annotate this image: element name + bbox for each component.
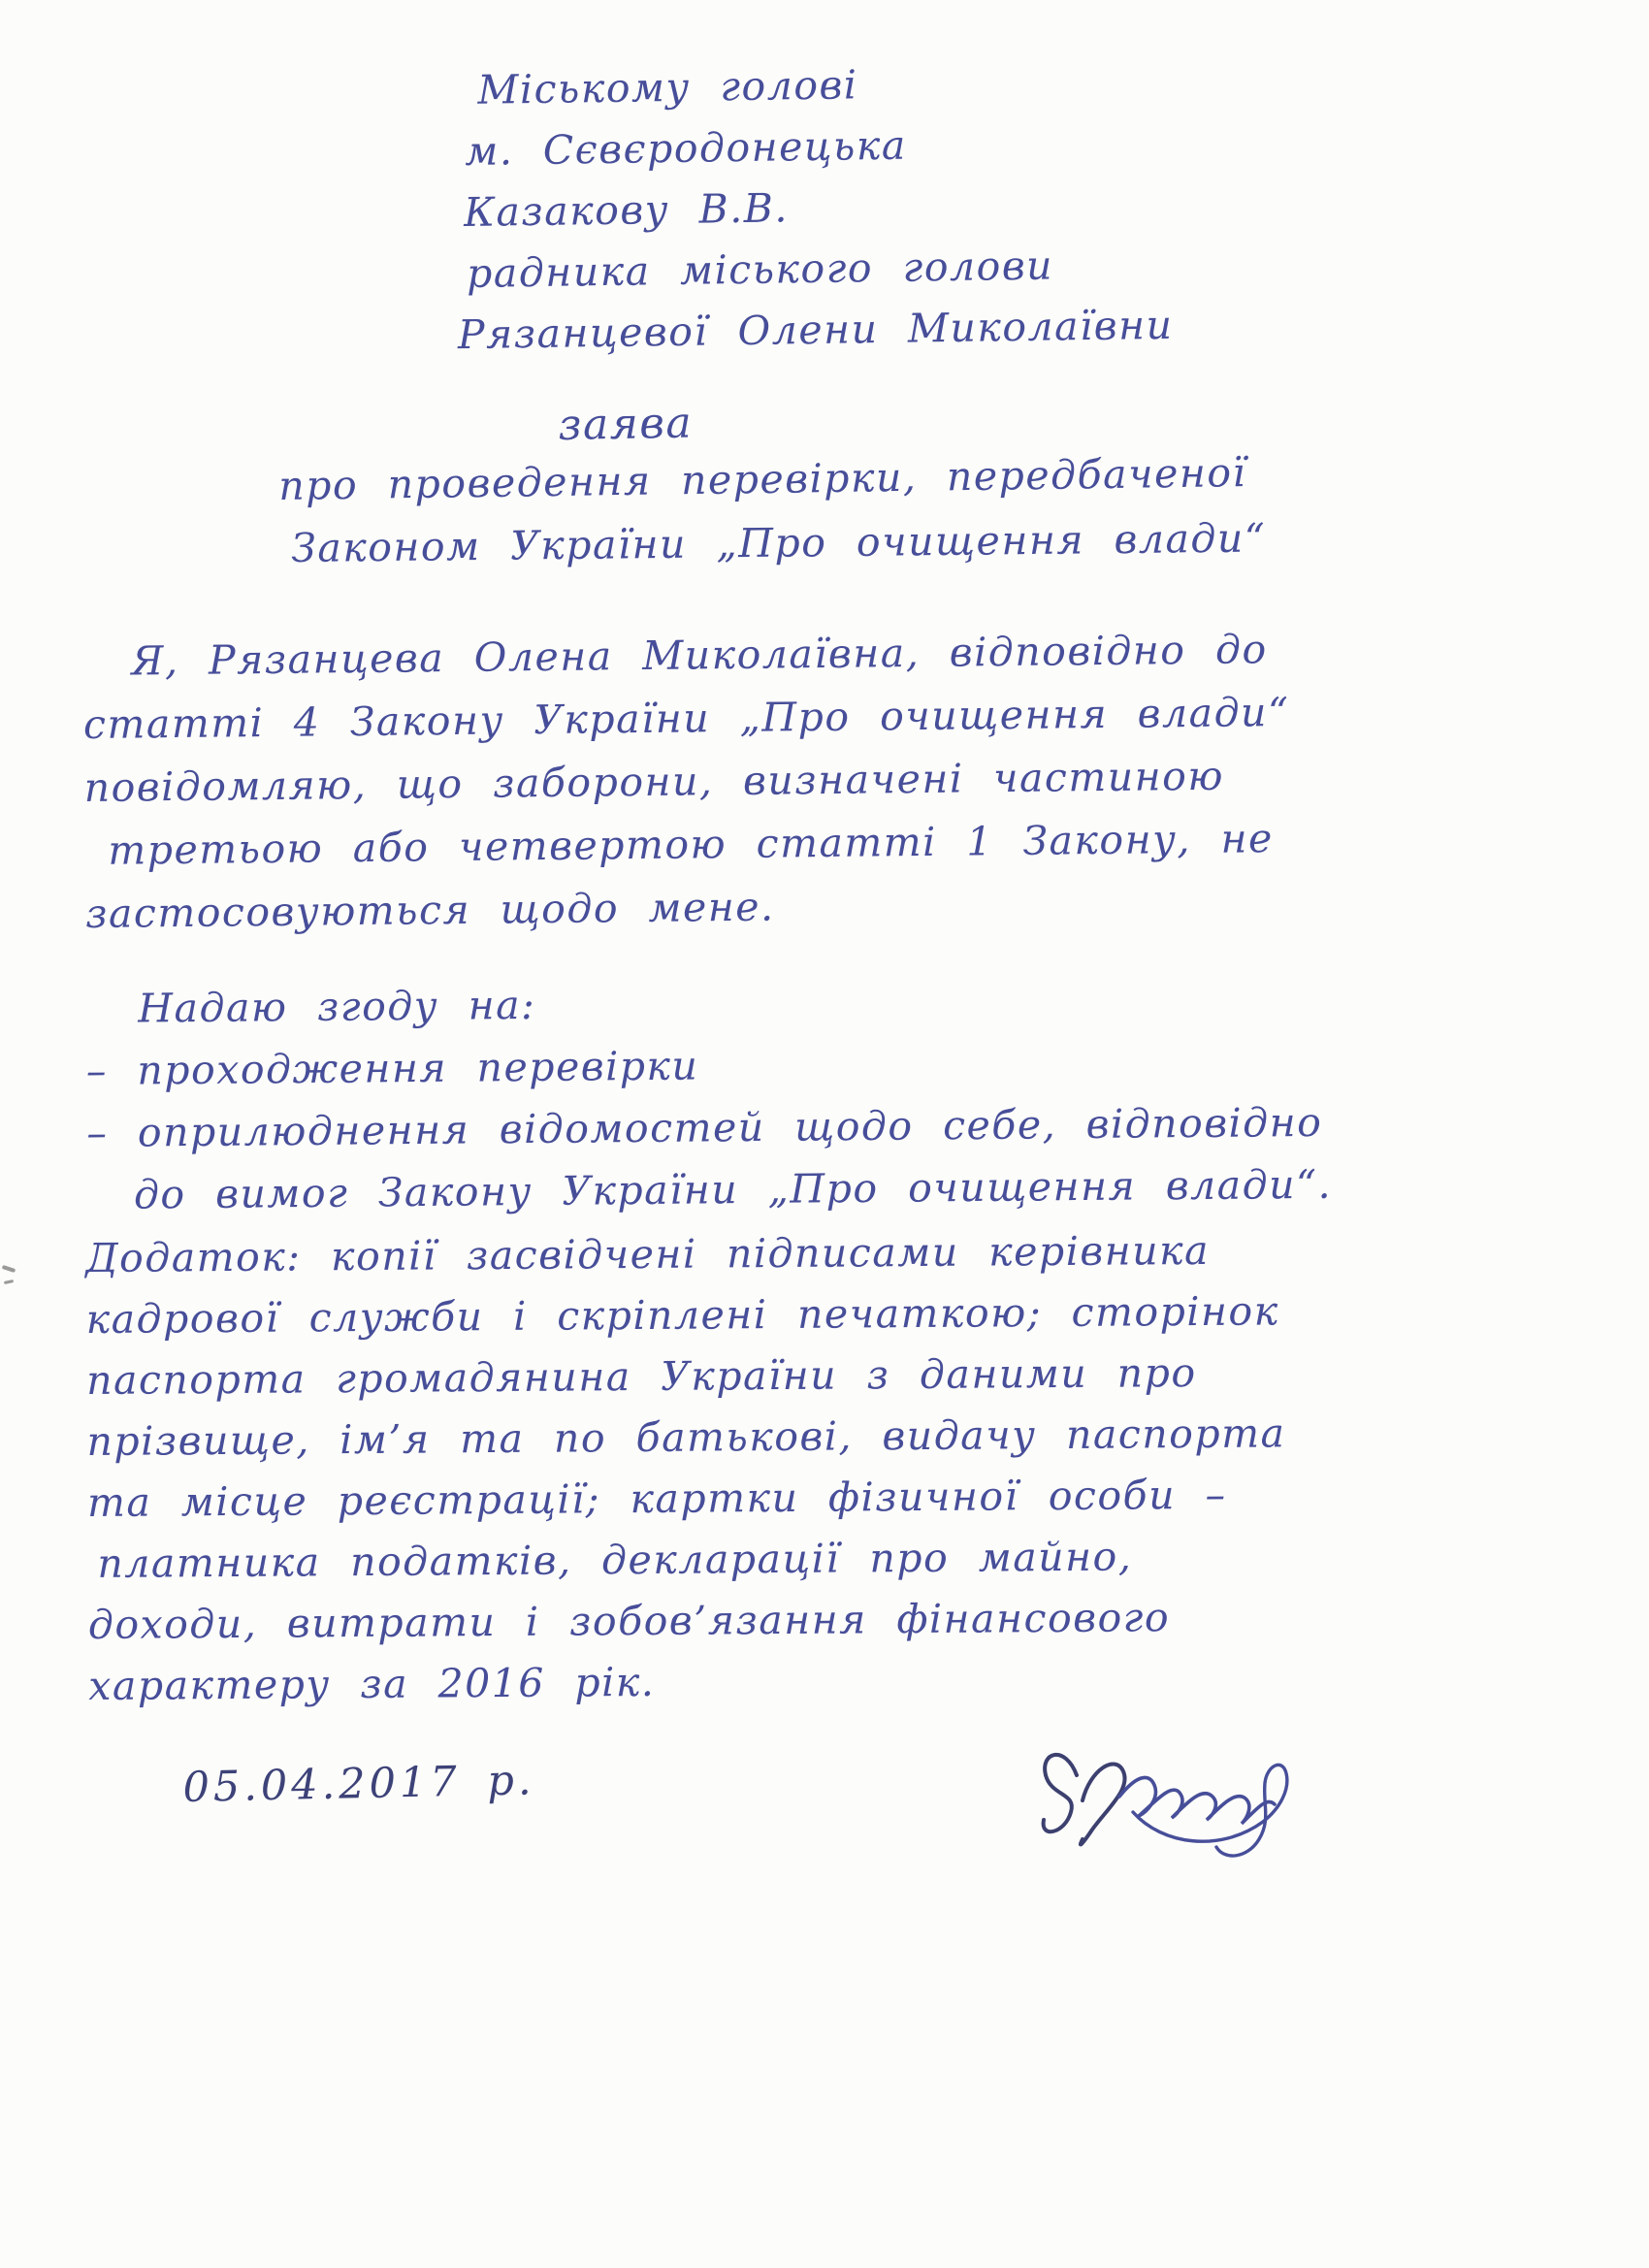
document-title: заява [558, 399, 694, 450]
attachment-line: та місце реєстрації; картки фізичної осо… [87, 1464, 1286, 1534]
statement-line: застосовуються щодо мене. [85, 870, 1292, 946]
attachment-line: Додаток: копії засвідчені підписами кері… [85, 1219, 1284, 1289]
recipient-line: Міському голові [477, 50, 1170, 121]
attachment-paragraph: Додаток: копії засвідчені підписами кері… [85, 1219, 1287, 1717]
consent-heading: Надаю згоду на: [138, 967, 1331, 1040]
recipient-line: Казакову В.В. [464, 173, 1172, 243]
document-subject-line: Законом України „Про очищення влади“ [291, 514, 1266, 571]
consent-list-item: – проходження перевірки [86, 1029, 1332, 1102]
attachment-line: платника податків, декларації про майно, [97, 1525, 1286, 1595]
document-subject-line: про проведення перевірки, передбаченої [278, 449, 1246, 509]
scan-speck [2, 1265, 16, 1273]
attachment-line: паспорта громадянина України з даними пр… [86, 1342, 1285, 1411]
attachment-line: доходи, витрати і зобов’язання фінансово… [88, 1586, 1287, 1656]
attachment-line: характеру за 2016 рік. [88, 1647, 1287, 1717]
signature-scribble [1026, 1715, 1346, 1870]
attachment-line: кадрової служби і скріплені печаткою; ст… [85, 1280, 1284, 1350]
consent-list-item: – оприлюднення відомостей щодо себе, від… [86, 1091, 1332, 1164]
scanned-document-page: Міському голові м. Сєвєродонецька Казако… [0, 0, 1649, 2268]
scan-speck [4, 1280, 14, 1284]
recipient-line: Рязанцевої Олени Миколаївни [458, 295, 1174, 366]
consent-list-item-continuation: до вимог Закону України „Про очищення вл… [134, 1153, 1333, 1226]
recipient-line: м. Сєвєродонецька [465, 112, 1171, 182]
statement-line: третьою або четвертою статті 1 Закону, н… [108, 807, 1291, 883]
attachment-line: прізвище, ім’я та по батькові, видачу па… [86, 1403, 1285, 1473]
document-date: 05.04.2017 р. [182, 1756, 535, 1812]
consent-section: Надаю згоду на: – проходження перевірки … [85, 967, 1332, 1226]
recipient-block: Міському голові м. Сєвєродонецька Казако… [464, 50, 1174, 366]
recipient-line: радника міського голови [467, 234, 1173, 305]
statement-paragraph: Я, Рязанцева Олена Миколаївна, відповідн… [82, 618, 1292, 946]
